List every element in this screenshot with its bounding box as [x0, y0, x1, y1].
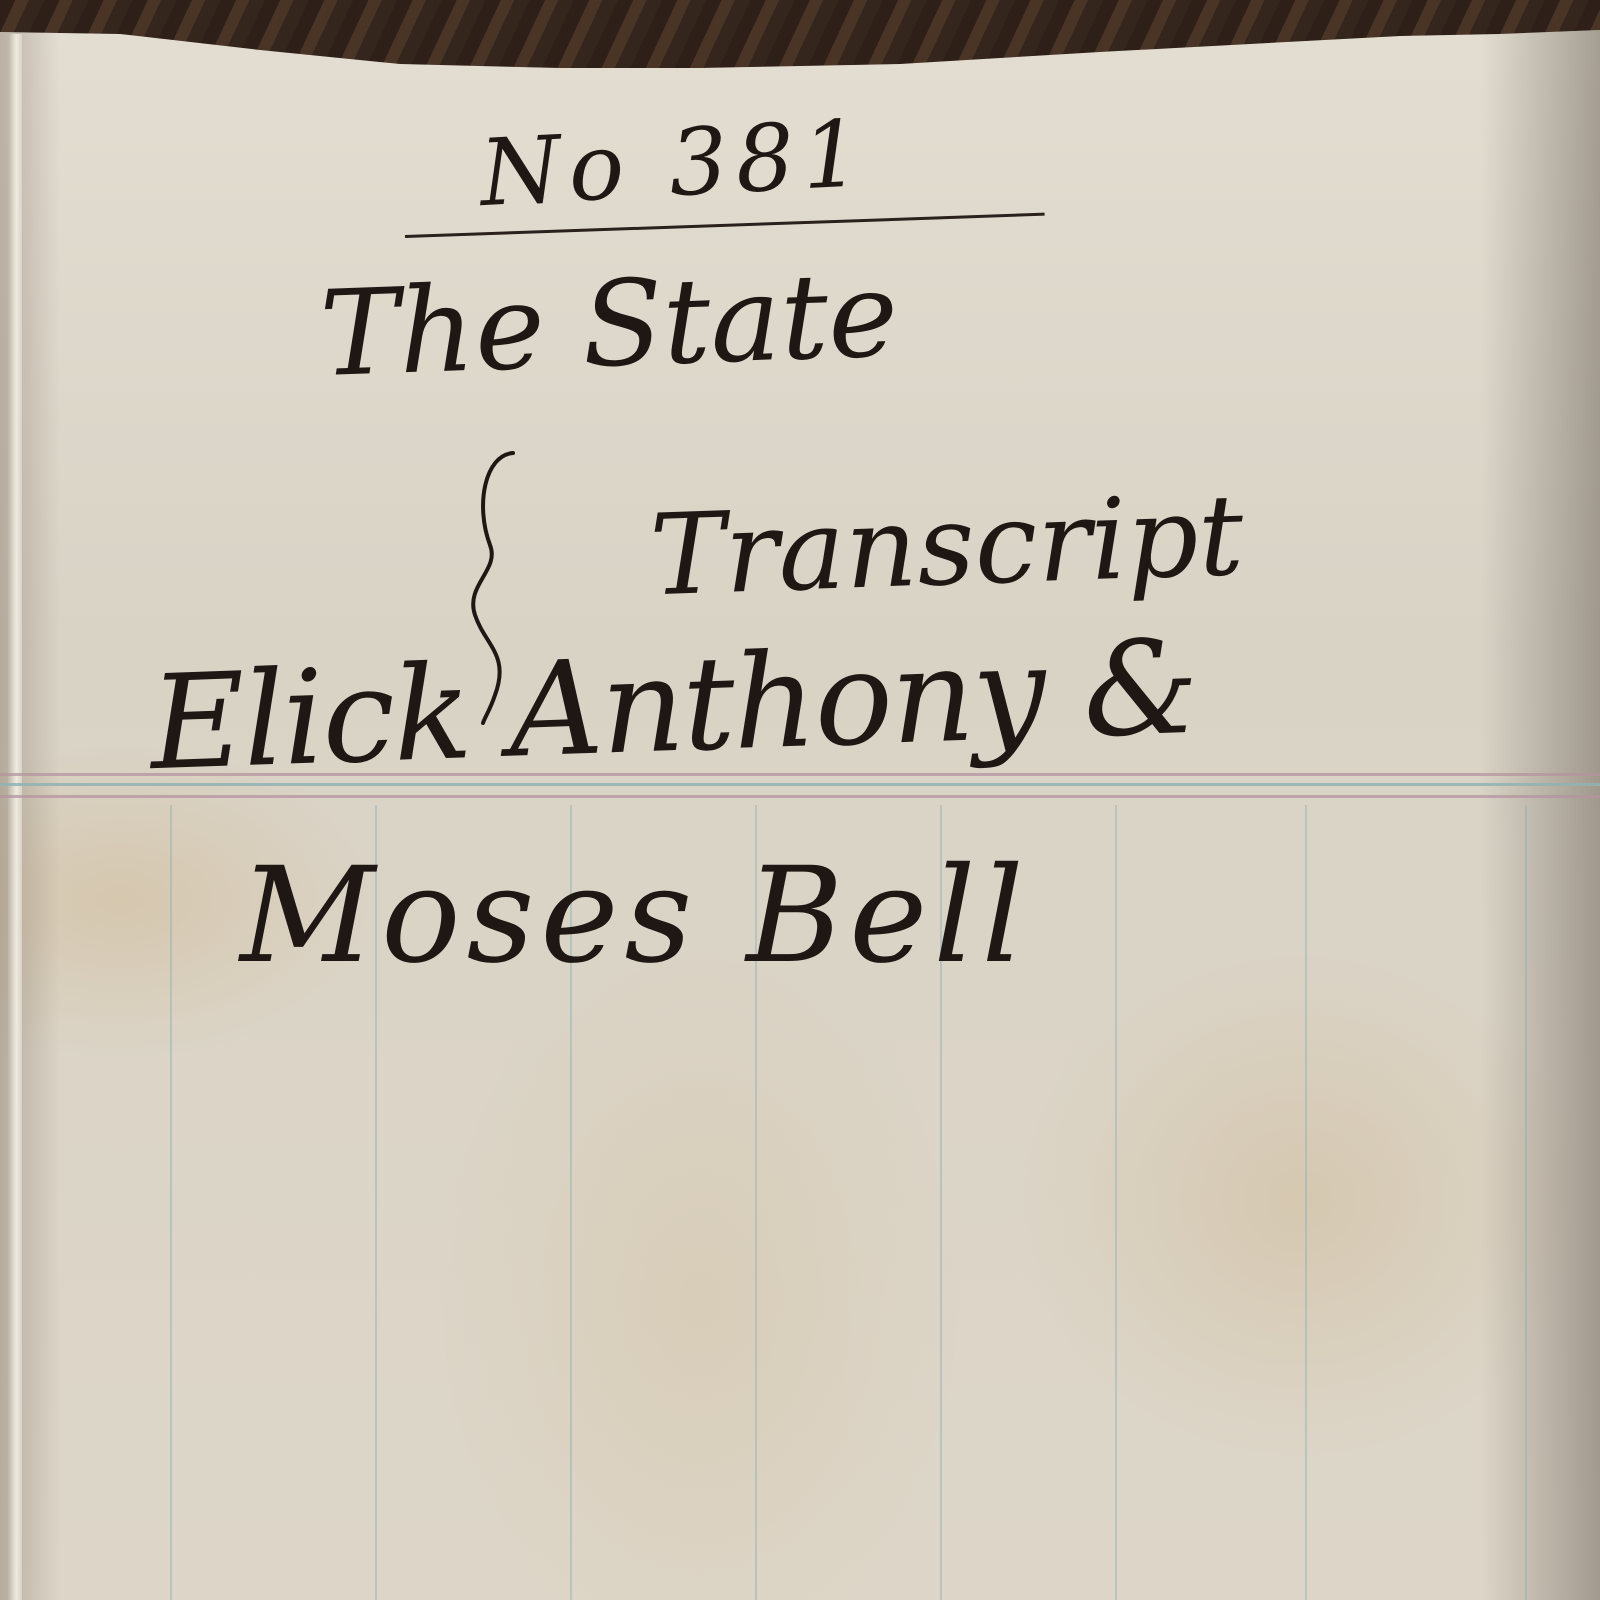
column-rule — [1115, 805, 1117, 1600]
document-page: No 381 The State Transcript Elick Anthon… — [0, 0, 1600, 1600]
column-rule — [1525, 805, 1527, 1600]
case-number: No 381 — [478, 108, 871, 220]
label-transcript: Transcript — [648, 480, 1245, 613]
column-rule — [1305, 805, 1307, 1600]
column-rule — [170, 805, 172, 1600]
page-left-edge — [8, 34, 22, 1600]
defendant-1: Elick Anthony & — [148, 622, 1199, 788]
heading-the-state: The State — [318, 255, 900, 393]
defendant-2: Moses Bell — [240, 850, 1030, 982]
